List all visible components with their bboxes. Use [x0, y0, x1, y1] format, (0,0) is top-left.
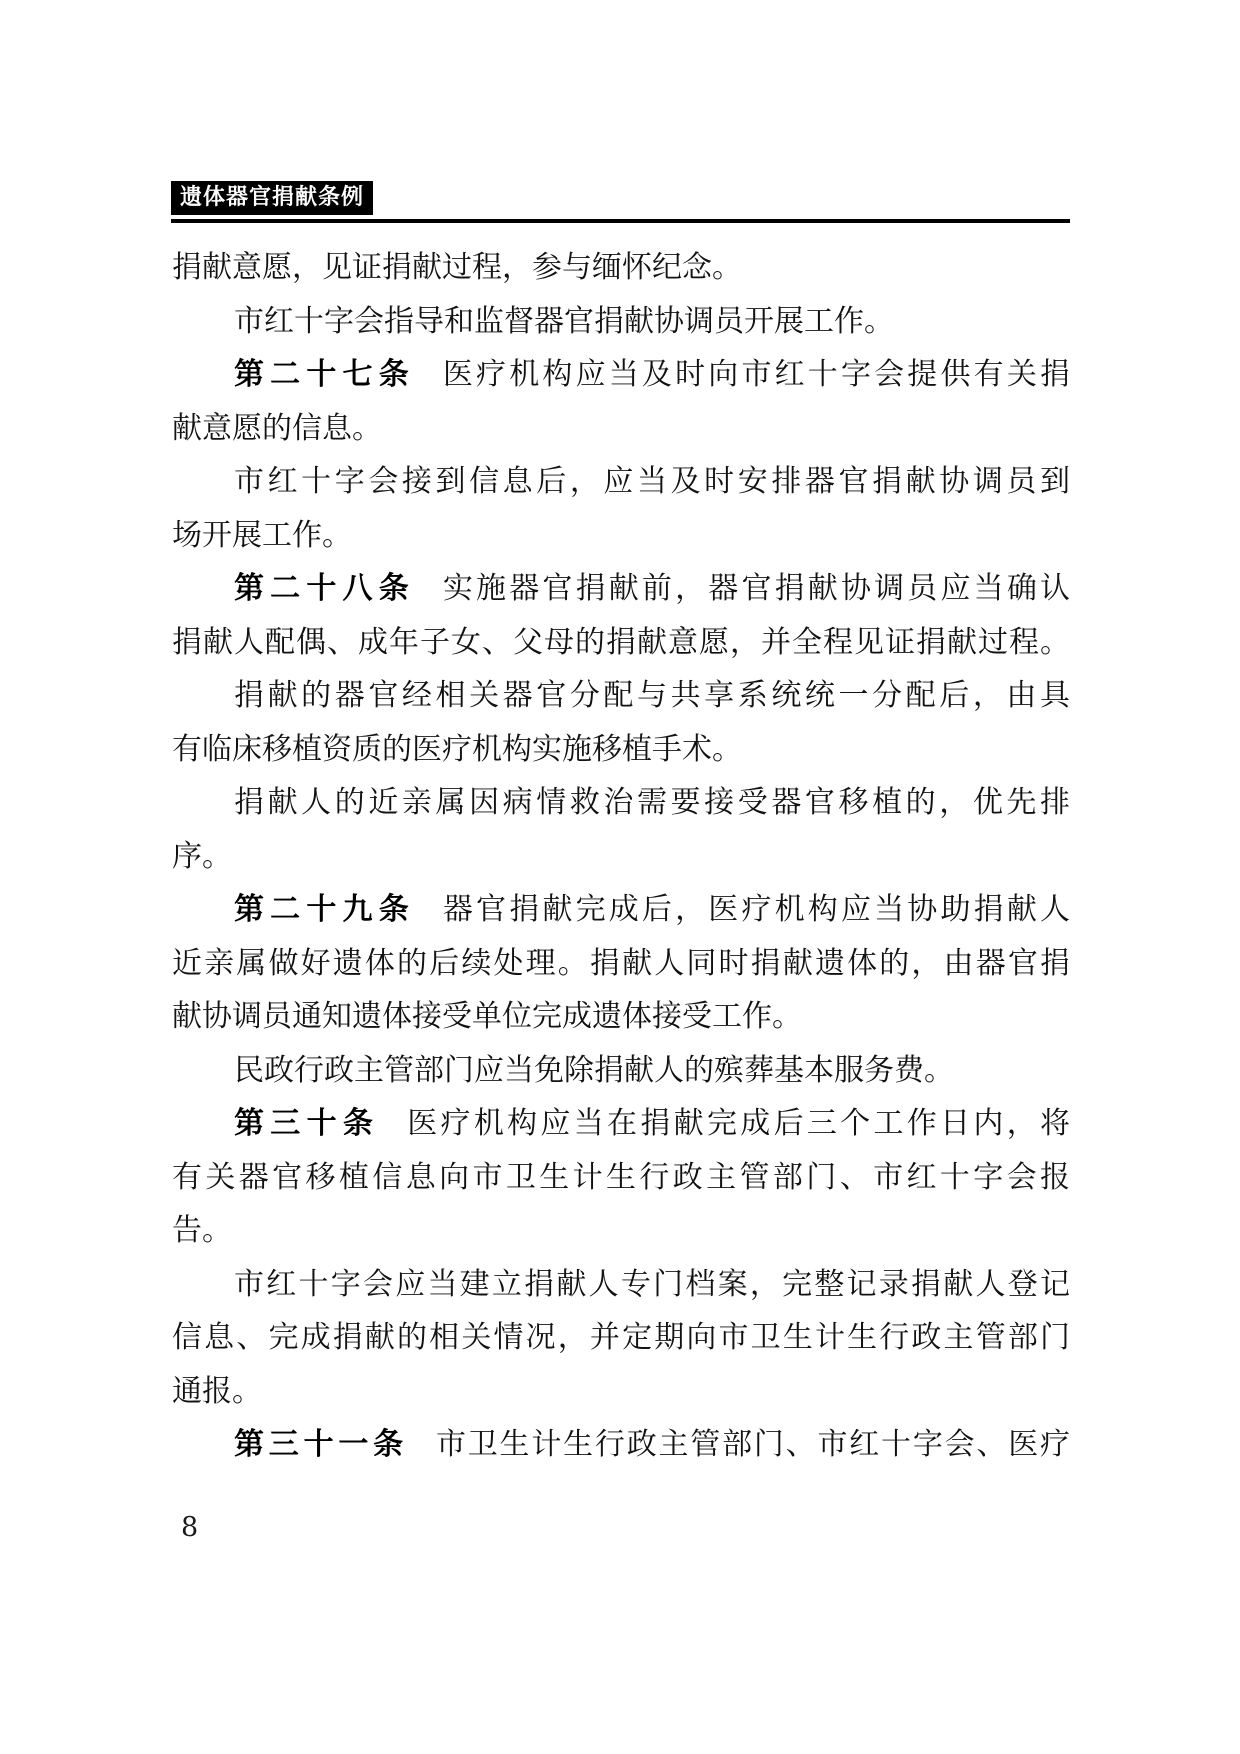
text-line: 信息、完成捐献的相关情况，并定期向市卫生计生行政主管部门	[172, 1311, 1070, 1365]
line-text: 捐献意愿，见证捐献过程，参与缅怀纪念。	[172, 250, 742, 285]
text-line: 捐献的器官经相关器官分配与共享系统统一分配后，由具	[172, 669, 1070, 723]
text-line: 捐献意愿，见证捐献过程，参与缅怀纪念。	[172, 241, 1070, 295]
text-line: 第二十九条器官捐献完成后，医疗机构应当协助捐献人	[172, 883, 1070, 937]
text-line: 捐献人配偶、成年子女、父母的捐献意愿，并全程见证捐献过程。	[172, 616, 1070, 670]
text-line: 第三十一条市卫生计生行政主管部门、市红十字会、医疗	[172, 1418, 1070, 1472]
article-number: 第三十一条	[234, 1427, 408, 1462]
running-header: 遗体器官捐献条例	[171, 181, 373, 215]
text-line: 第二十七条医疗机构应当及时向市红十字会提供有关捐	[172, 348, 1070, 402]
text-line: 捐献人的近亲属因病情救治需要接受器官移植的，优先排	[172, 776, 1070, 830]
article-number: 第二十八条	[234, 571, 415, 606]
line-text: 市红十字会接到信息后，应当及时安排器官捐献协调员到	[234, 464, 1070, 499]
article-number: 第三十条	[234, 1106, 379, 1141]
text-line: 序。	[172, 830, 1070, 884]
line-text: 献协调员通知遗体接受单位完成遗体接受工作。	[172, 999, 802, 1034]
header-divider-rule	[171, 219, 1070, 223]
line-text: 市卫生计生行政主管部门、市红十字会、医疗	[436, 1427, 1070, 1462]
document-page: 遗体器官捐献条例 捐献意愿，见证捐献过程，参与缅怀纪念。市红十字会指导和监督器官…	[0, 0, 1240, 1754]
line-text: 告。	[172, 1213, 232, 1248]
line-text: 有关器官移植信息向市卫生计生行政主管部门、市红十字会报	[172, 1160, 1070, 1195]
text-line: 第二十八条实施器官捐献前，器官捐献协调员应当确认	[172, 562, 1070, 616]
text-line: 通报。	[172, 1365, 1070, 1419]
text-line: 市红十字会指导和监督器官捐献协调员开展工作。	[172, 295, 1070, 349]
text-line: 有关器官移植信息向市卫生计生行政主管部门、市红十字会报	[172, 1151, 1070, 1205]
text-line: 第三十条医疗机构应当在捐献完成后三个工作日内，将	[172, 1097, 1070, 1151]
line-text: 实施器官捐献前，器官捐献协调员应当确认	[443, 571, 1070, 606]
line-text: 医疗机构应当在捐献完成后三个工作日内，将	[407, 1106, 1070, 1141]
line-text: 有临床移植资质的医疗机构实施移植手术。	[172, 732, 742, 767]
text-line: 近亲属做好遗体的后续处理。捐献人同时捐献遗体的，由器官捐	[172, 937, 1070, 991]
line-text: 捐献人配偶、成年子女、父母的捐献意愿，并全程见证捐献过程。	[172, 625, 1070, 660]
text-line: 市红十字会应当建立捐献人专门档案，完整记录捐献人登记	[172, 1258, 1070, 1312]
line-text: 医疗机构应当及时向市红十字会提供有关捐	[443, 357, 1070, 392]
text-line: 场开展工作。	[172, 509, 1070, 563]
article-number: 第二十九条	[234, 892, 415, 927]
line-text: 献意愿的信息。	[172, 411, 382, 446]
line-text: 捐献的器官经相关器官分配与共享系统统一分配后，由具	[234, 678, 1070, 713]
line-text: 信息、完成捐献的相关情况，并定期向市卫生计生行政主管部门	[172, 1320, 1070, 1355]
line-text: 市红十字会指导和监督器官捐献协调员开展工作。	[234, 304, 894, 339]
running-header-title: 遗体器官捐献条例	[180, 185, 364, 210]
article-number: 第二十七条	[234, 357, 415, 392]
line-text: 场开展工作。	[172, 518, 352, 553]
text-line: 献协调员通知遗体接受单位完成遗体接受工作。	[172, 990, 1070, 1044]
line-text: 市红十字会应当建立捐献人专门档案，完整记录捐献人登记	[234, 1267, 1070, 1302]
page-number: 8	[181, 1512, 198, 1543]
line-text: 近亲属做好遗体的后续处理。捐献人同时捐献遗体的，由器官捐	[172, 946, 1070, 981]
line-text: 器官捐献完成后，医疗机构应当协助捐献人	[443, 892, 1070, 927]
text-line: 市红十字会接到信息后，应当及时安排器官捐献协调员到	[172, 455, 1070, 509]
body-text: 捐献意愿，见证捐献过程，参与缅怀纪念。市红十字会指导和监督器官捐献协调员开展工作…	[172, 241, 1070, 1472]
text-line: 献意愿的信息。	[172, 402, 1070, 456]
line-text: 民政行政主管部门应当免除捐献人的殡葬基本服务费。	[234, 1053, 954, 1088]
text-line: 民政行政主管部门应当免除捐献人的殡葬基本服务费。	[172, 1044, 1070, 1098]
line-text: 序。	[172, 839, 232, 874]
text-line: 有临床移植资质的医疗机构实施移植手术。	[172, 723, 1070, 777]
line-text: 通报。	[172, 1374, 262, 1409]
text-line: 告。	[172, 1204, 1070, 1258]
line-text: 捐献人的近亲属因病情救治需要接受器官移植的，优先排	[234, 785, 1070, 820]
